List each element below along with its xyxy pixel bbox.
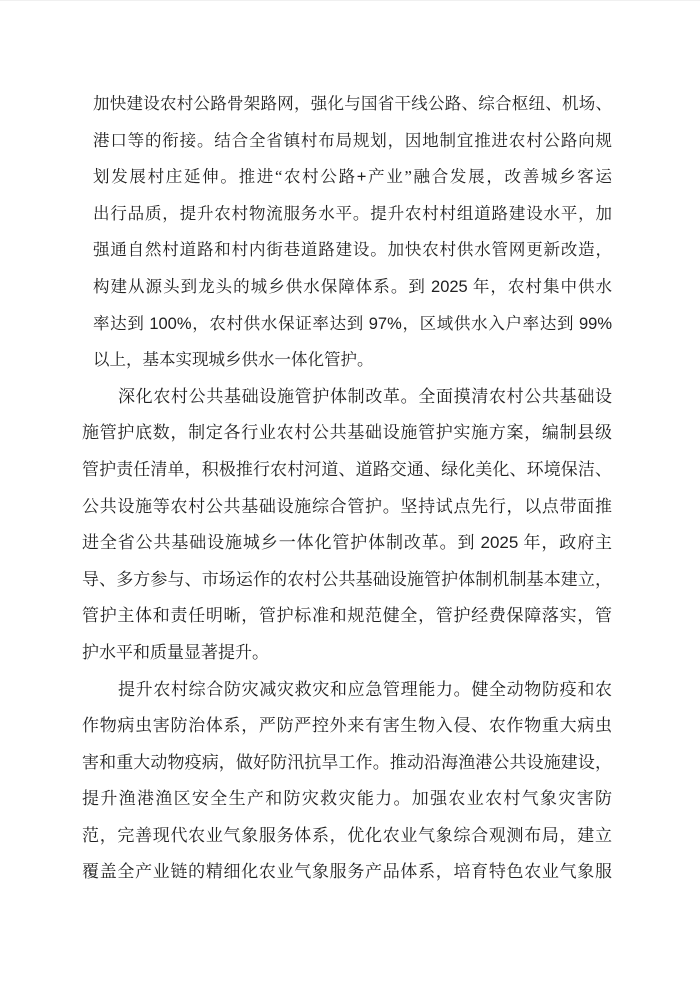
text-line: 港口等的衔接。结合全省镇村布局规划，因地制宜推进农村公路向规 — [93, 123, 612, 160]
text-line: 深化农村公共基础设施管护体制改革。全面摸清农村公共基础设 — [82, 379, 612, 416]
text-line: 以上，基本实现城乡供水一体化管护。 — [93, 342, 612, 379]
text-line: 进全省公共基础设施城乡一体化管护体制改革。到 2025 年，政府主 — [82, 525, 612, 562]
paragraph-2: 深化农村公共基础设施管护体制改革。全面摸清农村公共基础设 施管护底数，制定各行业… — [82, 379, 612, 672]
text-line: 管护责任清单，积极推行农村河道、道路交通、绿化美化、环境保洁、 — [82, 452, 612, 489]
document-page: 加快建设农村公路骨架路网，强化与国省干线公路、综合枢纽、机场、 港口等的衔接。结… — [0, 0, 700, 990]
text-line: 导、多方参与、市场运作的农村公共基础设施管护体制机制基本建立， — [82, 562, 612, 599]
text-line: 管护主体和责任明晰，管护标准和规范健全，管护经费保障落实，管 — [82, 598, 612, 635]
text-line: 提升渔港渔区安全生产和防灾救灾能力。加强农业农村气象灾害防 — [82, 781, 612, 818]
text-line: 作物病虫害防治体系，严防严控外来有害生物入侵、农作物重大病虫 — [82, 708, 612, 745]
text-line: 公共设施等农村公共基础设施综合管护。坚持试点先行，以点带面推 — [82, 489, 612, 526]
text-line: 害和重大动物疫病，做好防汛抗旱工作。推动沿海渔港公共设施建设， — [82, 745, 612, 782]
text-line: 施管护底数，制定各行业农村公共基础设施管护实施方案，编制县级 — [82, 415, 612, 452]
text-line: 覆盖全产业链的精细化农业气象服务产品体系，培育特色农业气象服 — [82, 854, 612, 891]
text-line: 护水平和质量显著提升。 — [82, 635, 612, 672]
text-line: 提升农村综合防灾减灾救灾和应急管理能力。健全动物防疫和农 — [82, 672, 612, 709]
text-line: 范，完善现代农业气象服务体系，优化农业气象综合观测布局，建立 — [82, 818, 612, 855]
text-line: 强通自然村道路和村内街巷道路建设。加快农村供水管网更新改造， — [93, 232, 612, 269]
text-line: 构建从源头到龙头的城乡供水保障体系。到 2025 年，农村集中供水 — [93, 269, 612, 306]
paragraph-3: 提升农村综合防灾减灾救灾和应急管理能力。健全动物防疫和农 作物病虫害防治体系，严… — [82, 672, 612, 892]
text-line: 划发展村庄延伸。推进“农村公路+产业”融合发展，改善城乡客运 — [93, 159, 612, 196]
text-line: 加快建设农村公路骨架路网，强化与国省干线公路、综合枢纽、机场、 — [93, 86, 612, 123]
paragraph-continuation: 加快建设农村公路骨架路网，强化与国省干线公路、综合枢纽、机场、 港口等的衔接。结… — [93, 86, 612, 379]
text-line: 率达到 100%，农村供水保证率达到 97%，区域供水入户率达到 99% — [93, 306, 612, 343]
text-line: 出行品质，提升农村物流服务水平。提升农村村组道路建设水平，加 — [93, 196, 612, 233]
